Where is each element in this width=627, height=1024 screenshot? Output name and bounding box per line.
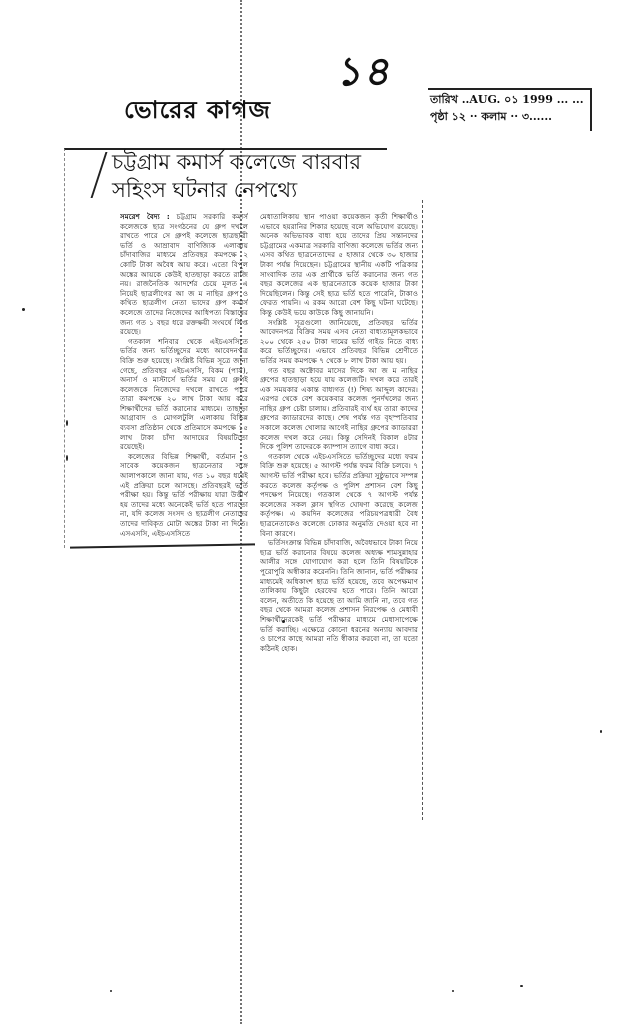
scan-speck <box>520 985 523 987</box>
article-headline: চট্টগ্রাম কমার্স কলেজে বারবার সহিংস ঘটনা… <box>112 148 392 204</box>
paragraph: গতকাল শনিবার থেকে এইচএসসিতে ভর্তির জন্য … <box>120 337 248 452</box>
headline-line-1: চট্টগ্রাম কমার্স কলেজে বারবার <box>112 148 392 176</box>
paragraph: গতকাল থেকে এইচএসসিতে ভর্তিচ্ছুদের মধ্যে … <box>260 452 418 538</box>
paragraph: গত বছর অক্টোবর মাসের দিকে আ জ ম নাছির গ্… <box>260 366 418 452</box>
newspaper-masthead: ভোরের কাগজ <box>124 92 271 132</box>
scan-speck <box>282 620 285 623</box>
paragraph: কলেজের বিভিন্ন শিক্ষার্থী, বর্তমান ও সাব… <box>120 452 248 538</box>
stamp-date-value: AUG. ০১ 1999 <box>469 93 553 106</box>
stamp-page-value: ১২ <box>452 110 466 123</box>
scan-speck <box>110 990 112 992</box>
article-column-2: মেধাতালিকায় স্থান পাওয়া কয়েকজন কৃতী শ… <box>260 212 418 822</box>
stamp-date-label: তারিখ <box>430 93 458 106</box>
stamp-page-row: পৃষ্ঠা ১২ ·· কলাম ·· ৩...... <box>430 108 590 125</box>
date-stamp: তারিখ ..AUG. ০১ 1999 ... ... পৃষ্ঠা ১২ ·… <box>428 88 592 131</box>
scan-speck <box>452 990 454 992</box>
scan-speck <box>66 455 68 461</box>
paragraph: সমরেশ বৈদ্য : চট্টগ্রাম সরকারি কমার্স কল… <box>120 212 248 337</box>
stamp-column-label: কলাম <box>481 110 506 123</box>
handwritten-page-number: ১৪ <box>332 40 400 107</box>
headline-line-2: সহিংস ঘটনার নেপথ্যে <box>112 176 392 204</box>
byline: সমরেশ বৈদ্য : <box>120 212 170 221</box>
scan-speck <box>66 420 68 426</box>
article-column-1: সমরেশ বৈদ্য : চট্টগ্রাম সরকারি কমার্স কল… <box>120 212 248 542</box>
scan-speck <box>22 308 25 311</box>
clipping-right-edge <box>422 200 423 820</box>
paragraph: ভর্তিসংক্রান্ত বিভিন্ন চাঁদাবাজি, অবৈধভা… <box>260 538 418 653</box>
paragraph: মেধাতালিকায় স্থান পাওয়া কয়েকজন কৃতী শ… <box>260 212 418 318</box>
paragraph: সংশ্লিষ্ট সূত্রগুলো জানিয়েছে, প্রতিবছর … <box>260 318 418 366</box>
scan-speck <box>600 730 602 733</box>
stamp-column-value: ৩ <box>522 110 529 123</box>
stamp-date-row: তারিখ ..AUG. ০১ 1999 ... ... <box>430 91 590 108</box>
stamp-page-label: পৃষ্ঠা <box>430 110 448 123</box>
